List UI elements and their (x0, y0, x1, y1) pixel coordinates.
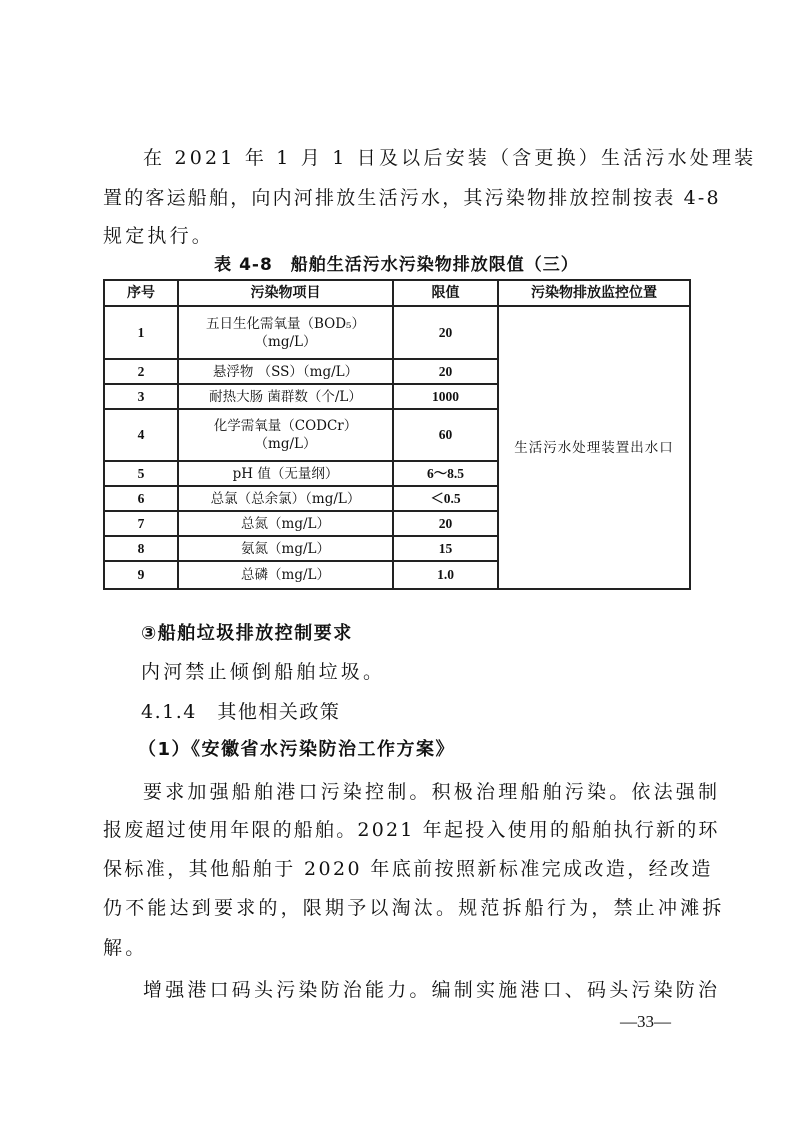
table-header-row: 序号 污染物项目 限值 污染物排放监控位置 (104, 280, 690, 306)
row-item-line1: 五日生化需氧量（BOD₅） (179, 315, 392, 333)
monitor-location: 生活污水处理装置出水口 (498, 306, 690, 589)
row-limit: 20 (393, 511, 498, 536)
header-limit: 限值 (393, 280, 498, 306)
row-item: 悬浮物 （SS）（mg/L） (178, 359, 393, 384)
para2-line1: 增强港口码头污染防治能力。编制实施港口、码头污染防治 (143, 978, 720, 1002)
row-item-line2: （mg/L） (179, 435, 392, 453)
row-limit: 60 (393, 409, 498, 461)
row-item: 总氮（mg/L） (178, 511, 393, 536)
row-item: 氨氮（mg/L） (178, 536, 393, 561)
paragraph1-line3: 规定执行。 (103, 224, 214, 248)
row-item: pH 值（无量纲） (178, 461, 393, 486)
row-item-line2: （mg/L） (179, 333, 392, 351)
header-item: 污染物项目 (178, 280, 393, 306)
section3-text: 内河禁止倾倒船舶垃圾。 (141, 660, 385, 684)
header-location: 污染物排放监控位置 (498, 280, 690, 306)
row-item-line1: 化学需氧量（CODCr） (179, 417, 392, 435)
row-no: 4 (104, 409, 178, 461)
table-caption: 表 4-8 船舶生活污水污染物排放限值（三） (0, 250, 793, 275)
section414-subheading: （1）《安徽省水污染防治工作方案》 (138, 738, 455, 762)
row-limit: 1.0 (393, 561, 498, 589)
emission-limits-table: 序号 污染物项目 限值 污染物排放监控位置 1 五日生化需氧量（BOD₅） （m… (103, 279, 691, 590)
row-item: 化学需氧量（CODCr） （mg/L） (178, 409, 393, 461)
row-no: 8 (104, 536, 178, 561)
row-no: 3 (104, 384, 178, 409)
para1-line4: 仍不能达到要求的，限期予以淘汰。规范拆船行为，禁止冲滩拆 (103, 896, 725, 920)
para1-line3: 保标准，其他船舶于 2020 年底前按照新标准完成改造，经改造 (103, 857, 713, 881)
row-no: 6 (104, 486, 178, 511)
row-no: 9 (104, 561, 178, 589)
para1-line5: 解。 (103, 936, 147, 960)
row-limit: 6～8.5 (393, 461, 498, 486)
row-item: 总磷（mg/L） (178, 561, 393, 589)
row-no: 7 (104, 511, 178, 536)
row-limit: 20 (393, 306, 498, 359)
row-item: 耐热大肠 菌群数（个/L） (178, 384, 393, 409)
para1-line1: 要求加强船舶港口污染控制。积极治理船舶污染。依法强制 (143, 780, 720, 804)
row-item: 总氯（总余氯）（mg/L） (178, 486, 393, 511)
paragraph1-line1: 在 2021 年 1 月 1 日及以后安装（含更换）生活污水处理装 (143, 146, 756, 170)
row-no: 1 (104, 306, 178, 359)
row-limit: 20 (393, 359, 498, 384)
section3-heading: ③船舶垃圾排放控制要求 (141, 622, 353, 646)
row-limit: ＜0.5 (393, 486, 498, 511)
header-no: 序号 (104, 280, 178, 306)
row-no: 5 (104, 461, 178, 486)
row-limit: 15 (393, 536, 498, 561)
table-row: 1 五日生化需氧量（BOD₅） （mg/L） 20 生活污水处理装置出水口 (104, 306, 690, 359)
row-item: 五日生化需氧量（BOD₅） （mg/L） (178, 306, 393, 359)
section414-heading: 4.1.4 其他相关政策 (141, 700, 340, 724)
page-number: —33— (620, 1012, 671, 1032)
row-no: 2 (104, 359, 178, 384)
paragraph1-line2: 置的客运船舶，向内河排放生活污水，其污染物排放控制按表 4-8 (103, 186, 721, 210)
para1-line2: 报废超过使用年限的船舶。2021 年起投入使用的船舶执行新的环 (103, 818, 720, 842)
row-limit: 1000 (393, 384, 498, 409)
